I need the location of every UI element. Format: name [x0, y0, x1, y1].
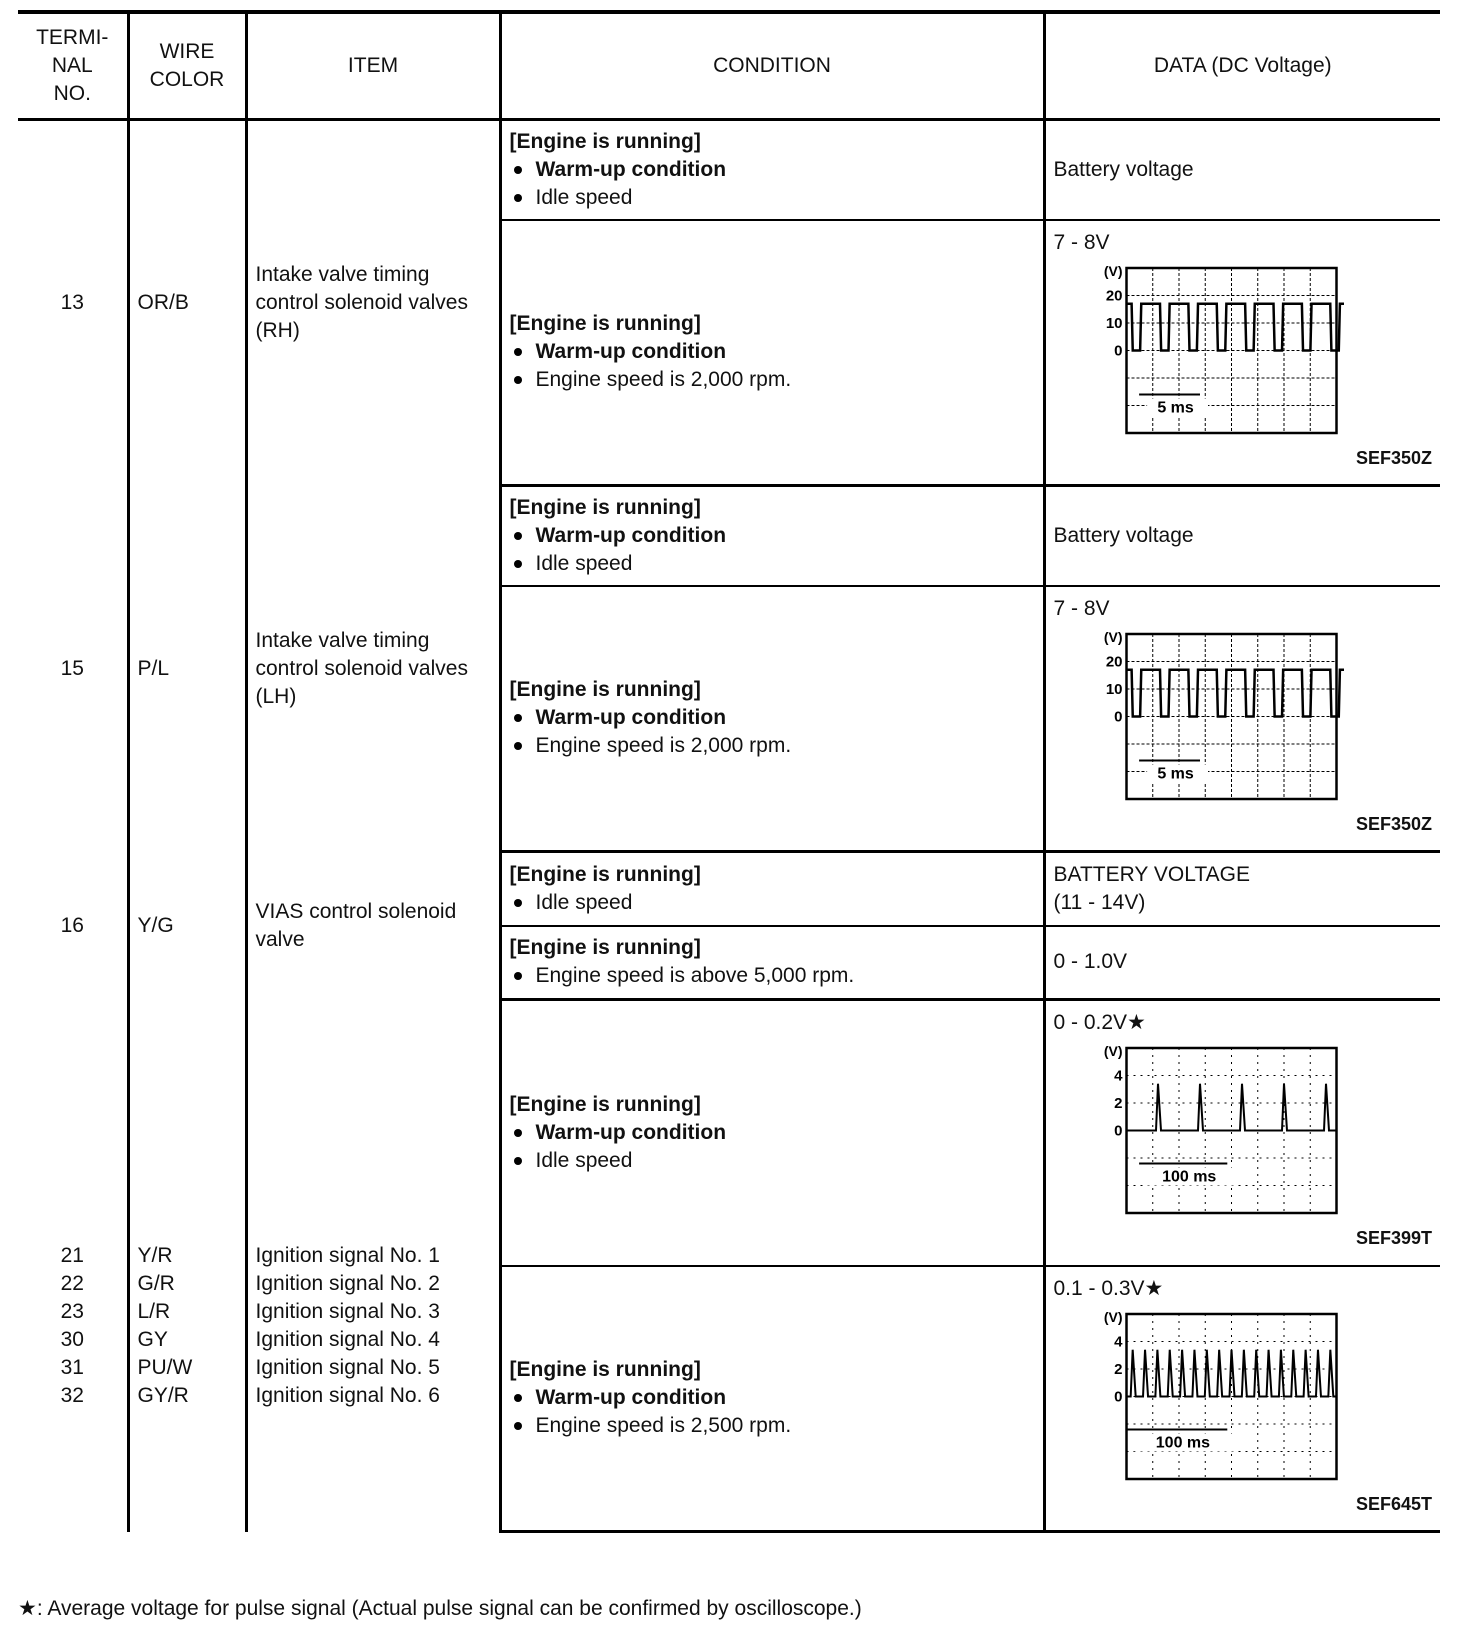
- item: Intake valve timingcontrol solenoid valv…: [246, 120, 500, 486]
- data-dc-voltage: 0 - 0.2V★ (V) 420 100 ms SEF399T: [1044, 1000, 1440, 1266]
- item: Ignition signal No. 1Ignition signal No.…: [246, 1000, 500, 1532]
- oscilloscope-waveform: (V) 420 100 ms: [1084, 1043, 1344, 1218]
- wire-color: OR/B: [128, 120, 246, 486]
- condition-bullet: Warm-up condition: [510, 1384, 1035, 1412]
- svg-text:100 ms: 100 ms: [1155, 1434, 1209, 1451]
- terminal-data-table: TERMI-NALNO. WIRECOLOR ITEM CONDITION DA…: [18, 10, 1440, 1533]
- svg-text:0: 0: [1114, 1123, 1122, 1140]
- svg-text:2: 2: [1114, 1095, 1122, 1112]
- condition-bullet: Warm-up condition: [510, 338, 1035, 366]
- oscilloscope-waveform: (V) 420 100 ms: [1084, 1309, 1344, 1484]
- svg-text:(V): (V): [1103, 629, 1122, 645]
- condition: [Engine is running]Warm-up conditionEngi…: [500, 220, 1044, 486]
- condition: [Engine is running]Engine speed is above…: [500, 926, 1044, 1000]
- header-item: ITEM: [246, 12, 500, 120]
- terminal-no: 13: [18, 120, 128, 486]
- condition: [Engine is running]Warm-up conditionEngi…: [500, 1266, 1044, 1532]
- svg-text:20: 20: [1105, 653, 1122, 670]
- data-value: 0 - 1.0V: [1054, 948, 1433, 976]
- data-value: Battery voltage: [1054, 156, 1433, 184]
- svg-text:100 ms: 100 ms: [1162, 1169, 1216, 1186]
- condition-bullet: Engine speed is 2,000 rpm.: [510, 366, 1035, 394]
- data-dc-voltage: Battery voltage: [1044, 120, 1440, 220]
- item: Intake valve timingcontrol solenoid valv…: [246, 486, 500, 852]
- condition-bullet: Engine speed is above 5,000 rpm.: [510, 962, 1035, 990]
- wire-color: Y/RG/RL/RGYPU/WGY/R: [128, 1000, 246, 1532]
- svg-text:20: 20: [1105, 287, 1122, 304]
- svg-text:0: 0: [1114, 342, 1122, 359]
- data-dc-voltage: 7 - 8V (V) 20100 5 ms SEF350Z: [1044, 586, 1440, 852]
- svg-text:10: 10: [1105, 681, 1122, 698]
- svg-text:5 ms: 5 ms: [1157, 399, 1194, 416]
- figure-code: SEF350Z: [1054, 448, 1433, 469]
- data-dc-voltage: 0.1 - 0.3V★ (V) 420 100 ms SEF645T: [1044, 1266, 1440, 1532]
- condition-bullet: Warm-up condition: [510, 522, 1035, 550]
- data-value: 0 - 0.2V★: [1054, 1009, 1433, 1037]
- svg-text:2: 2: [1114, 1361, 1122, 1378]
- condition: [Engine is running]Warm-up conditionIdle…: [500, 120, 1044, 220]
- condition-bullet: Warm-up condition: [510, 704, 1035, 732]
- condition: [Engine is running]Idle speed: [500, 852, 1044, 926]
- condition: [Engine is running]Warm-up conditionEngi…: [500, 586, 1044, 852]
- footnote: ★: Average voltage for pulse signal (Act…: [18, 1596, 862, 1621]
- condition-bullet: Engine speed is 2,500 rpm.: [510, 1412, 1035, 1440]
- oscilloscope-waveform: (V) 20100 5 ms: [1084, 629, 1344, 804]
- terminal-no: 212223303132: [18, 1000, 128, 1532]
- table-row: 16Y/GVIAS control solenoidvalve[Engine i…: [18, 852, 1440, 926]
- table-row: 212223303132Y/RG/RL/RGYPU/WGY/RIgnition …: [18, 1000, 1440, 1266]
- condition-bullet: Warm-up condition: [510, 1119, 1035, 1147]
- svg-text:4: 4: [1114, 1068, 1123, 1085]
- data-value: 7 - 8V: [1054, 595, 1433, 623]
- svg-text:5 ms: 5 ms: [1157, 765, 1194, 782]
- wire-color: Y/G: [128, 852, 246, 1000]
- svg-text:0: 0: [1114, 708, 1122, 725]
- condition-bullet: Idle speed: [510, 184, 1035, 212]
- header-condition: CONDITION: [500, 12, 1044, 120]
- data-value: Battery voltage: [1054, 522, 1433, 550]
- table-row: 13OR/BIntake valve timingcontrol solenoi…: [18, 120, 1440, 220]
- oscilloscope-waveform: (V) 20100 5 ms: [1084, 263, 1344, 438]
- header-wire-color: WIRECOLOR: [128, 12, 246, 120]
- svg-text:(V): (V): [1103, 1043, 1122, 1059]
- terminal-no: 15: [18, 486, 128, 852]
- data-value: 0.1 - 0.3V★: [1054, 1275, 1433, 1303]
- figure-code: SEF350Z: [1054, 814, 1433, 835]
- condition-bullet: Idle speed: [510, 1147, 1035, 1175]
- svg-text:(V): (V): [1103, 263, 1122, 279]
- data-dc-voltage: 7 - 8V (V) 20100 5 ms SEF350Z: [1044, 220, 1440, 486]
- header-row: TERMI-NALNO. WIRECOLOR ITEM CONDITION DA…: [18, 12, 1440, 120]
- figure-code: SEF645T: [1054, 1494, 1433, 1515]
- figure-code: SEF399T: [1054, 1228, 1433, 1249]
- data-dc-voltage: 0 - 1.0V: [1044, 926, 1440, 1000]
- condition: [Engine is running]Warm-up conditionIdle…: [500, 486, 1044, 586]
- condition-bullet: Idle speed: [510, 550, 1035, 578]
- data-dc-voltage: BATTERY VOLTAGE(11 - 14V): [1044, 852, 1440, 926]
- condition-bullet: Warm-up condition: [510, 156, 1035, 184]
- terminal-no: 16: [18, 852, 128, 1000]
- svg-text:4: 4: [1114, 1333, 1123, 1350]
- wire-color: P/L: [128, 486, 246, 852]
- condition-bullet: Engine speed is 2,000 rpm.: [510, 732, 1035, 760]
- svg-text:10: 10: [1105, 315, 1122, 332]
- item: VIAS control solenoidvalve: [246, 852, 500, 1000]
- data-dc-voltage: Battery voltage: [1044, 486, 1440, 586]
- table-row: 15P/LIntake valve timingcontrol solenoid…: [18, 486, 1440, 586]
- svg-text:(V): (V): [1103, 1309, 1122, 1325]
- data-value: 7 - 8V: [1054, 229, 1433, 257]
- svg-text:0: 0: [1114, 1388, 1122, 1405]
- condition: [Engine is running]Warm-up conditionIdle…: [500, 1000, 1044, 1266]
- header-data: DATA (DC Voltage): [1044, 12, 1440, 120]
- header-terminal-no: TERMI-NALNO.: [18, 12, 128, 120]
- condition-bullet: Idle speed: [510, 889, 1035, 917]
